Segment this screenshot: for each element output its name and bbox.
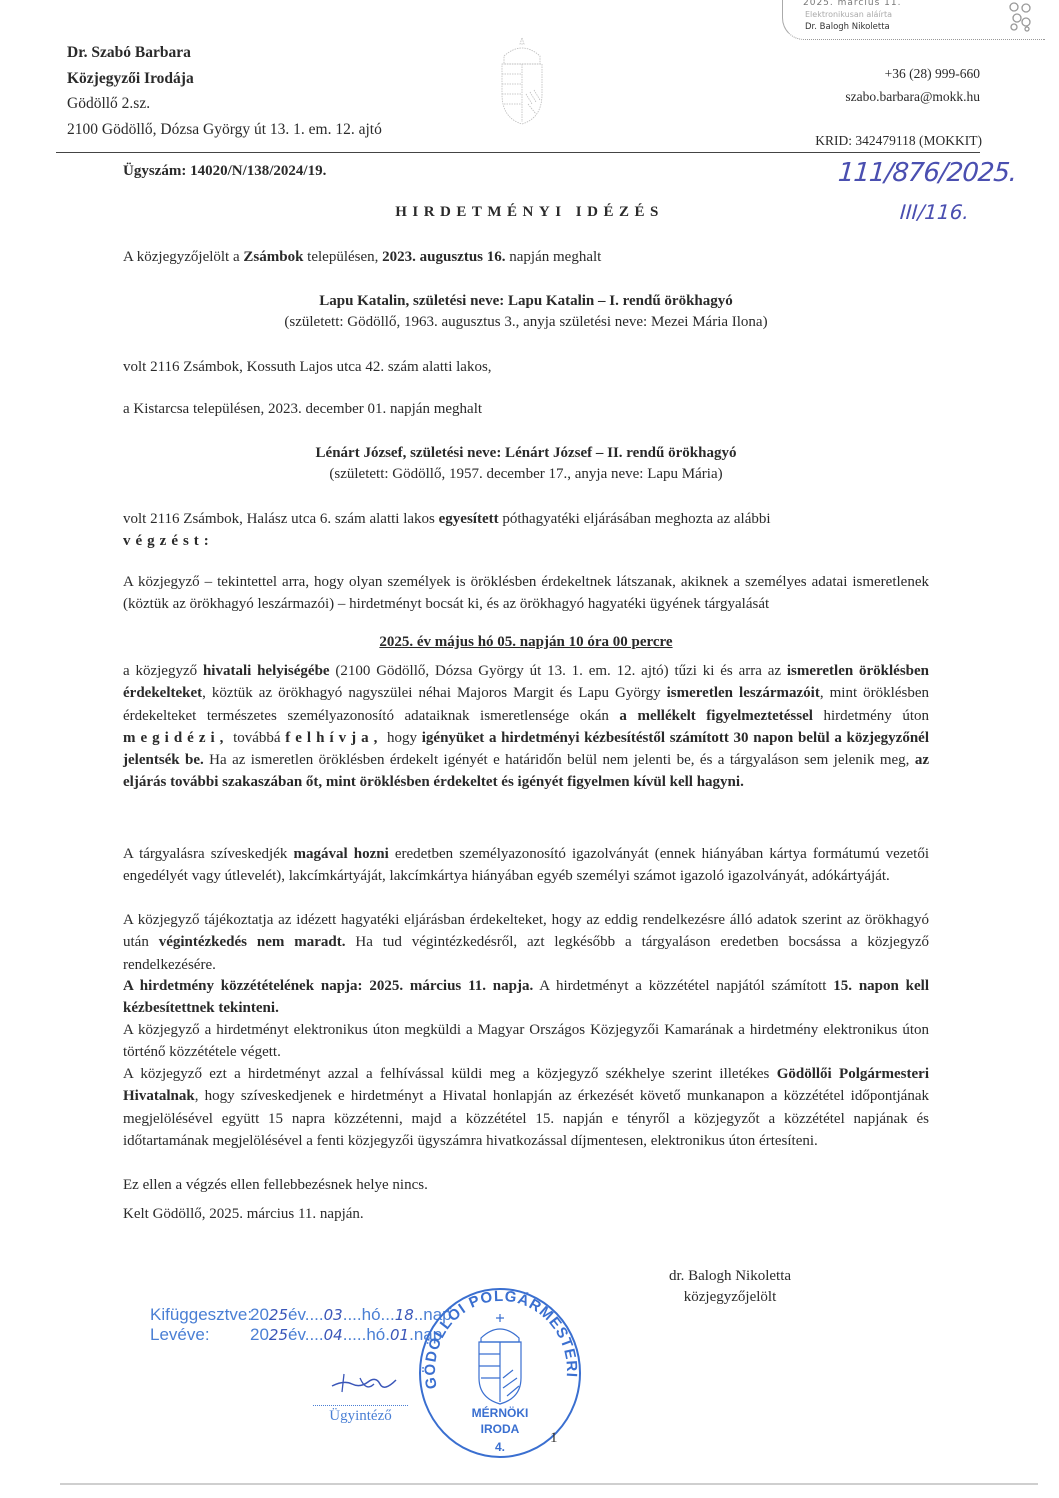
paragraph-will-info: A közjegyző tájékoztatja az idézett hagy… (123, 909, 929, 976)
paragraph-publication-date: A hirdetmény közzétételének napja: 2025.… (123, 975, 929, 1020)
office-email: szabo.barbara@mokk.hu (845, 85, 980, 108)
krid-id: KRID: 342479118 (MOKKIT) (815, 133, 982, 149)
esign-label: Elektronikusan aláírta (805, 10, 892, 19)
signer-role: közjegyzőjelölt (580, 1287, 880, 1308)
hearing-date-row: 2025. év május hó 05. napján 10 óra 00 p… (123, 631, 929, 653)
handwritten-registration-number: 111/876/2025. (837, 158, 1017, 188)
seal-line-2: IRODA (415, 1422, 585, 1436)
deceased-1-details: (született: Gödöllő, 1963. augusztus 3.,… (123, 311, 929, 333)
removed-day: 01 (390, 1326, 409, 1344)
page-number: 1 (550, 1430, 558, 1447)
letterhead-right: +36 (28) 999-660 szabo.barbara@mokk.hu (845, 62, 980, 108)
qr-code-icon (1007, 0, 1033, 32)
letterhead-left: Dr. Szabó Barbara Közjegyzői Irodája Göd… (67, 40, 382, 142)
handwritten-signature (330, 1370, 400, 1396)
office-address: 2100 Gödöllő, Dózsa György út 13. 1. em.… (67, 117, 382, 143)
posted-day: 18 (395, 1306, 414, 1324)
hungarian-coat-of-arms-icon (496, 34, 548, 126)
deceased-1-address: volt 2116 Zsámbok, Kossuth Lajos utca 42… (123, 356, 929, 378)
esign-signer: Dr. Balogh Nikoletta (805, 22, 890, 32)
intro-paragraph-1: A közjegyzőjelölt a Zsámbok településen,… (123, 246, 929, 268)
deceased-2-details: (született: Gödöllő, 1957. december 17.,… (123, 463, 929, 485)
footer-divider (60, 1483, 1038, 1485)
posting-stamp: Kifüggesztve:2025év....03....hó...18..na… (150, 1305, 452, 1345)
clerk-label: Ügyintéző (313, 1405, 408, 1425)
esign-date: 2025. március 11. (803, 0, 901, 8)
office-subtitle: Közjegyzői Irodája (67, 66, 382, 92)
office-name: Dr. Szabó Barbara (67, 40, 382, 66)
seal-line-1: MÉRNÖKI (415, 1406, 585, 1420)
removed-row: Levéve:2025év....04.....hó.01.nap (150, 1325, 452, 1345)
electronic-signature-block: 2025. március 11. Elektronikusan aláírta… (782, 0, 1045, 40)
case-number: Ügyszám: 14020/N/138/2024/19. (123, 163, 326, 180)
municipal-seal: GÖDÖLLŐI POLGÁRMESTERI HIVATAL MÉRNÖKI I… (415, 1278, 585, 1460)
office-phone: +36 (28) 999-660 (845, 62, 980, 85)
deceased-2-address: volt 2116 Zsámbok, Halász utca 6. szám a… (123, 508, 929, 553)
document-title: HIRDETMÉNYI IDÉZÉS (0, 204, 1059, 221)
paragraph-documents-to-bring: A tárgyalásra szíveskedjék magával hozni… (123, 843, 929, 888)
place-and-date: Kelt Gödöllő, 2025. március 11. napján. (123, 1203, 929, 1225)
posted-year: 25 (269, 1306, 288, 1324)
signer-name: dr. Balogh Nikoletta (580, 1266, 880, 1287)
deceased-2-name: Lénárt József, születési neve: Lénárt Jó… (123, 442, 929, 464)
paragraph-no-appeal: Ez ellen a végzés ellen fellebbezésnek h… (123, 1174, 929, 1196)
posted-month: 03 (324, 1306, 343, 1324)
seal-number: 4. (415, 1440, 585, 1454)
intro-paragraph-2: a Kistarcsa településen, 2023. december … (123, 398, 929, 420)
deceased-1-name: Lapu Katalin, születési neve: Lapu Katal… (123, 290, 929, 312)
paragraph-publication-reason: A közjegyző – tekintettel arra, hogy oly… (123, 571, 929, 616)
removed-year: 25 (269, 1326, 288, 1344)
paragraph-municipality-notice: A közjegyző ezt a hirdetményt azzal a fe… (123, 1063, 929, 1152)
seal-coat-of-arms-icon (479, 1314, 521, 1404)
office-seat: Gödöllő 2.sz. (67, 91, 382, 117)
paragraph-summons: a közjegyző hivatali helyiségébe (2100 G… (123, 660, 929, 794)
removed-month: 04 (324, 1326, 343, 1344)
order-heading: végzést: (123, 533, 214, 549)
posted-row: Kifüggesztve:2025év....03....hó...18..na… (150, 1305, 452, 1325)
hearing-date: 2025. év május hó 05. napján 10 óra 00 p… (379, 634, 672, 650)
header-divider (56, 152, 980, 153)
svg-text:GÖDÖLLŐI POLGÁRMESTERI HIVATAL: GÖDÖLLŐI POLGÁRMESTERI HIVATAL (415, 1278, 580, 1390)
paragraph-chamber-notice: A közjegyző a hirdetményt elektronikus ú… (123, 1019, 929, 1064)
signature-block: dr. Balogh Nikoletta közjegyzőjelölt (580, 1266, 880, 1308)
